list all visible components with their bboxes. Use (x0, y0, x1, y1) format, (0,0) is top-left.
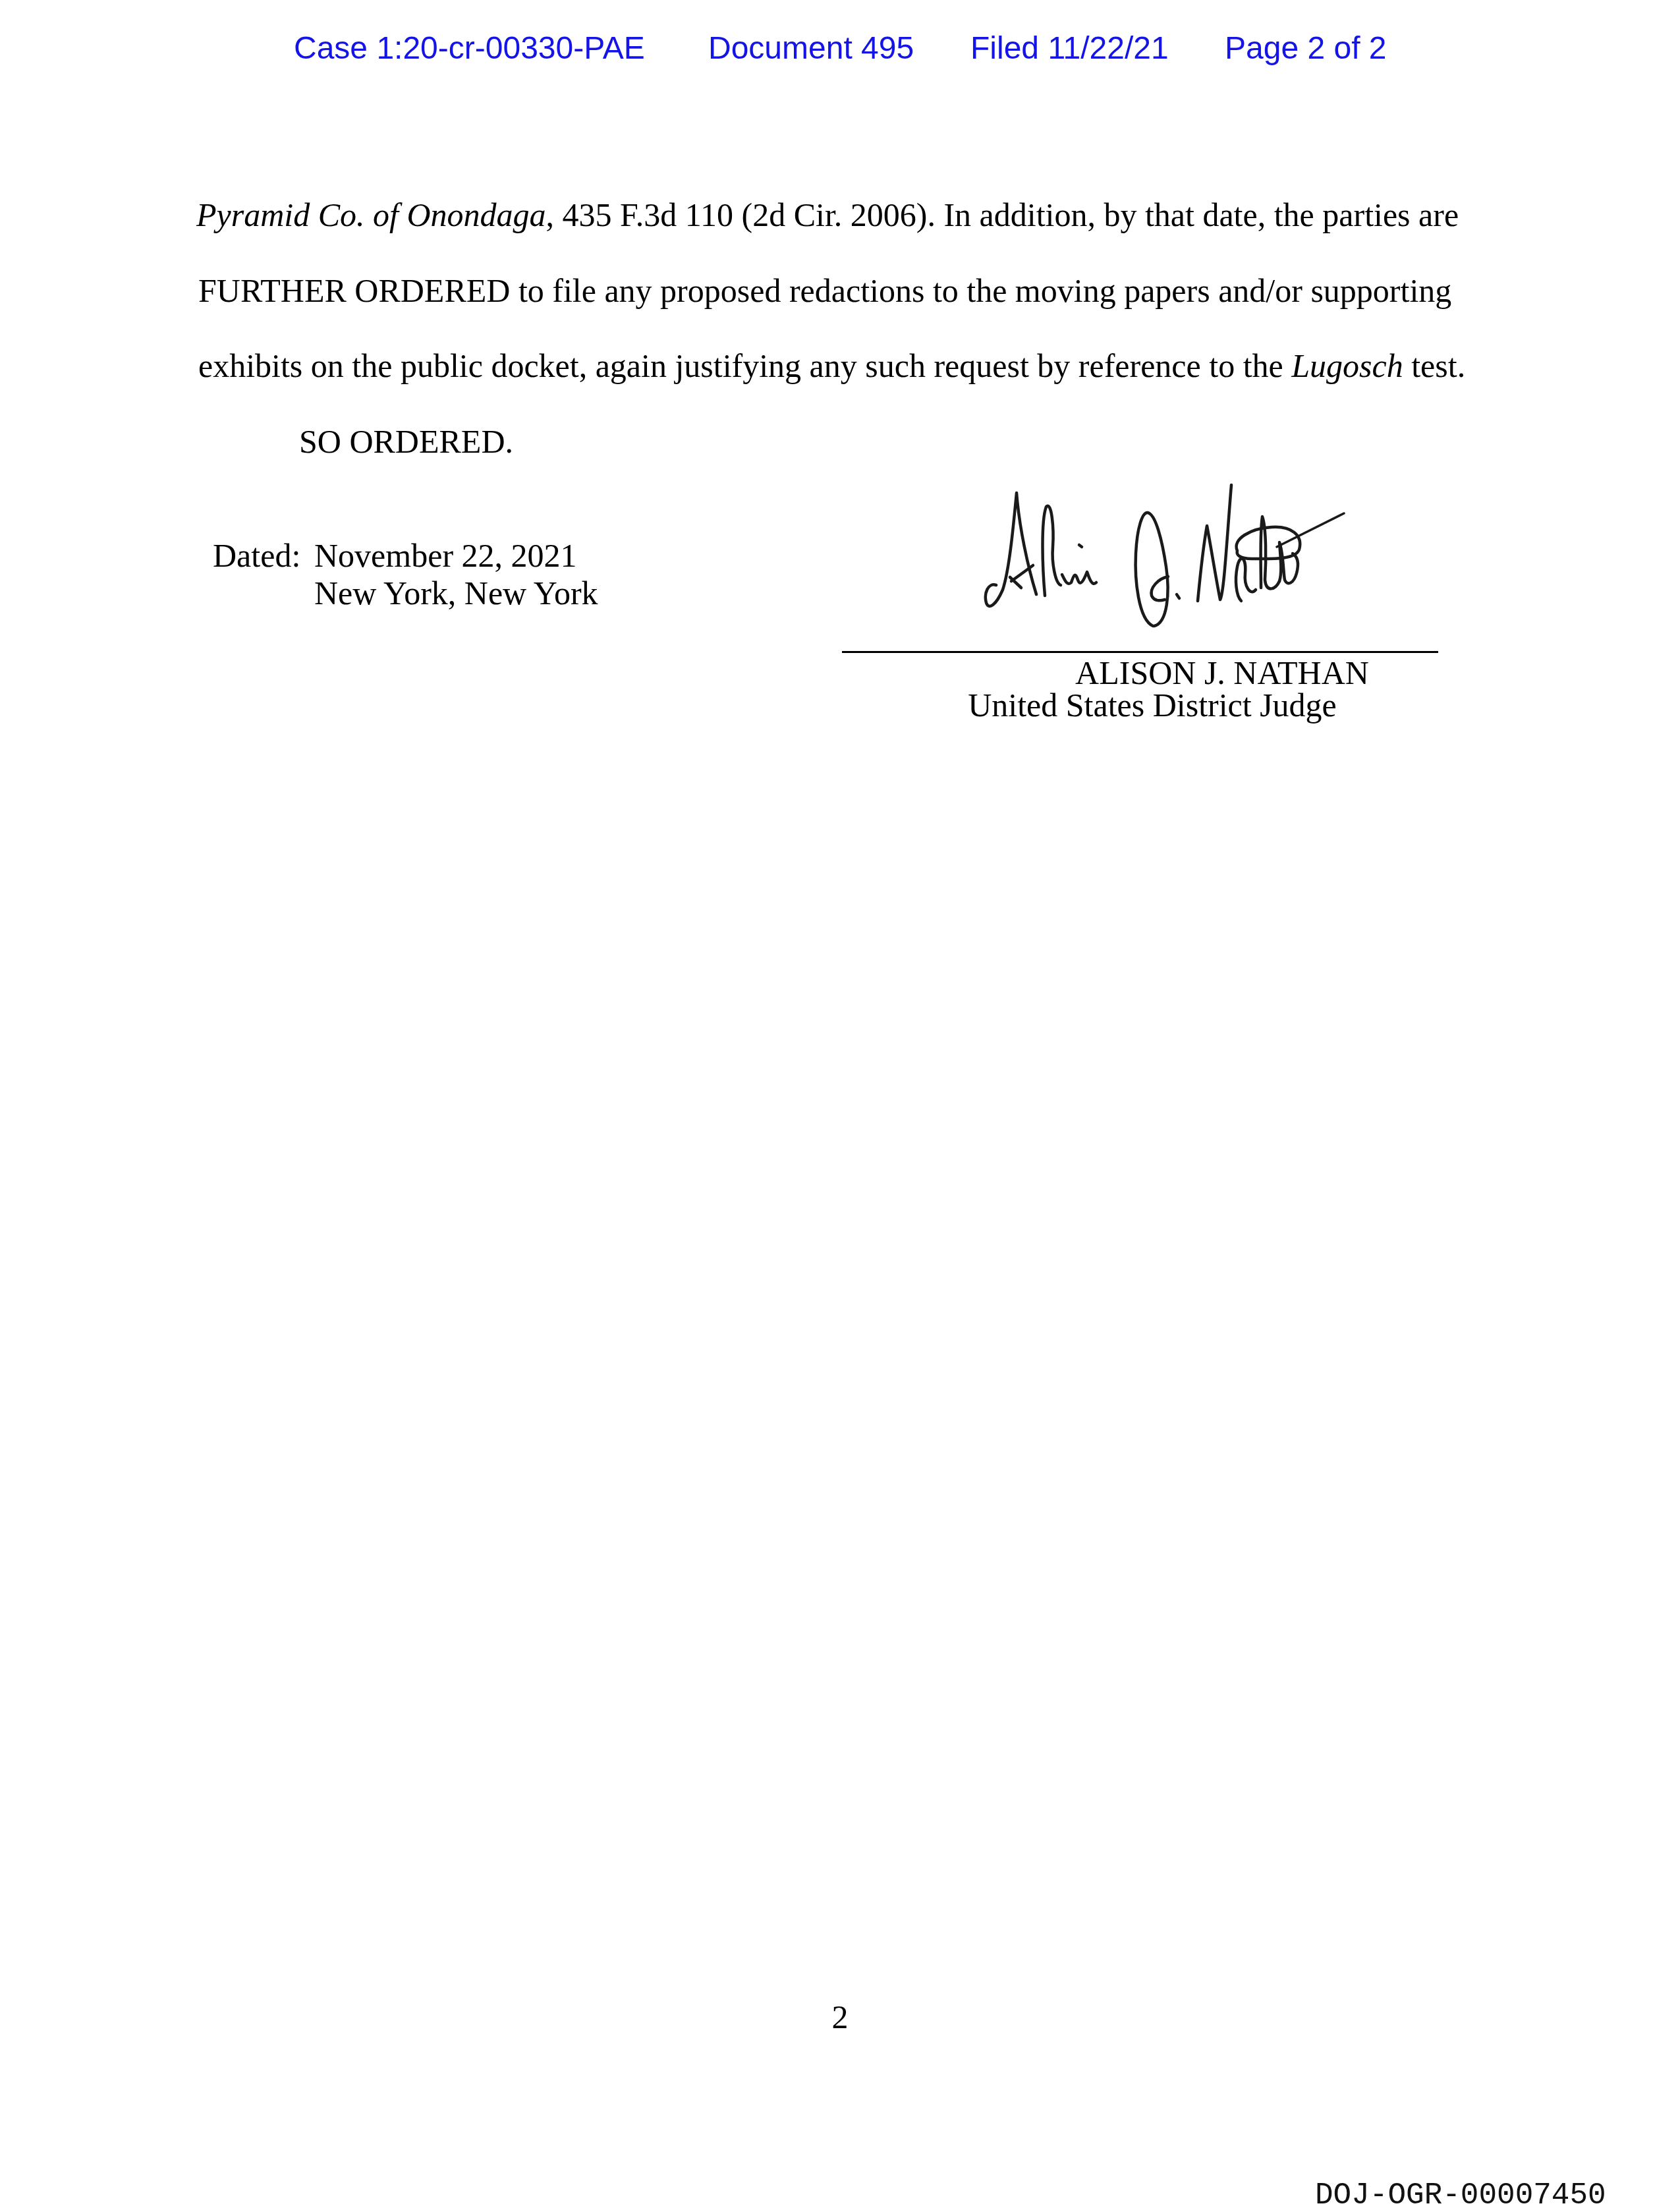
signature-line (842, 651, 1438, 653)
ecf-filed-date: Filed 11/22/21 (970, 29, 1169, 69)
ecf-case-number: Case 1:20-cr-00330-PAE (294, 29, 645, 69)
ecf-page-count: Page 2 of 2 (1225, 29, 1387, 69)
ecf-document-number: Document 495 (708, 29, 914, 69)
body-line-3: exhibits on the public docket, again jus… (198, 349, 1465, 382)
body-line-3-end: test. (1403, 347, 1465, 384)
dated-date: November 22, 2021 (314, 539, 577, 572)
dated-place: New York, New York (314, 577, 598, 610)
body-line-3-text: exhibits on the public docket, again jus… (198, 347, 1291, 384)
document-page: Case 1:20-cr-00330-PAE Document 495 File… (0, 0, 1680, 2212)
body-line-1: Pyramid Co. of Onondaga, 435 F.3d 110 (2… (196, 198, 1459, 231)
so-ordered: SO ORDERED. (299, 425, 513, 458)
dated-label: Dated: (213, 539, 300, 572)
body-line-2: FURTHER ORDERED to file any proposed red… (198, 274, 1451, 307)
bates-number: DOJ-OGR-00007450 (1315, 2179, 1606, 2212)
signature-icon (975, 478, 1357, 636)
lugosch-citation: Lugosch (1291, 347, 1403, 384)
page-number: 2 (807, 2000, 873, 2033)
case-citation-name: Pyramid Co. of Onondaga (196, 196, 546, 233)
body-line-1-text: , 435 F.3d 110 (2d Cir. 2006). In additi… (546, 196, 1459, 233)
judge-title: United States District Judge (773, 686, 1531, 724)
